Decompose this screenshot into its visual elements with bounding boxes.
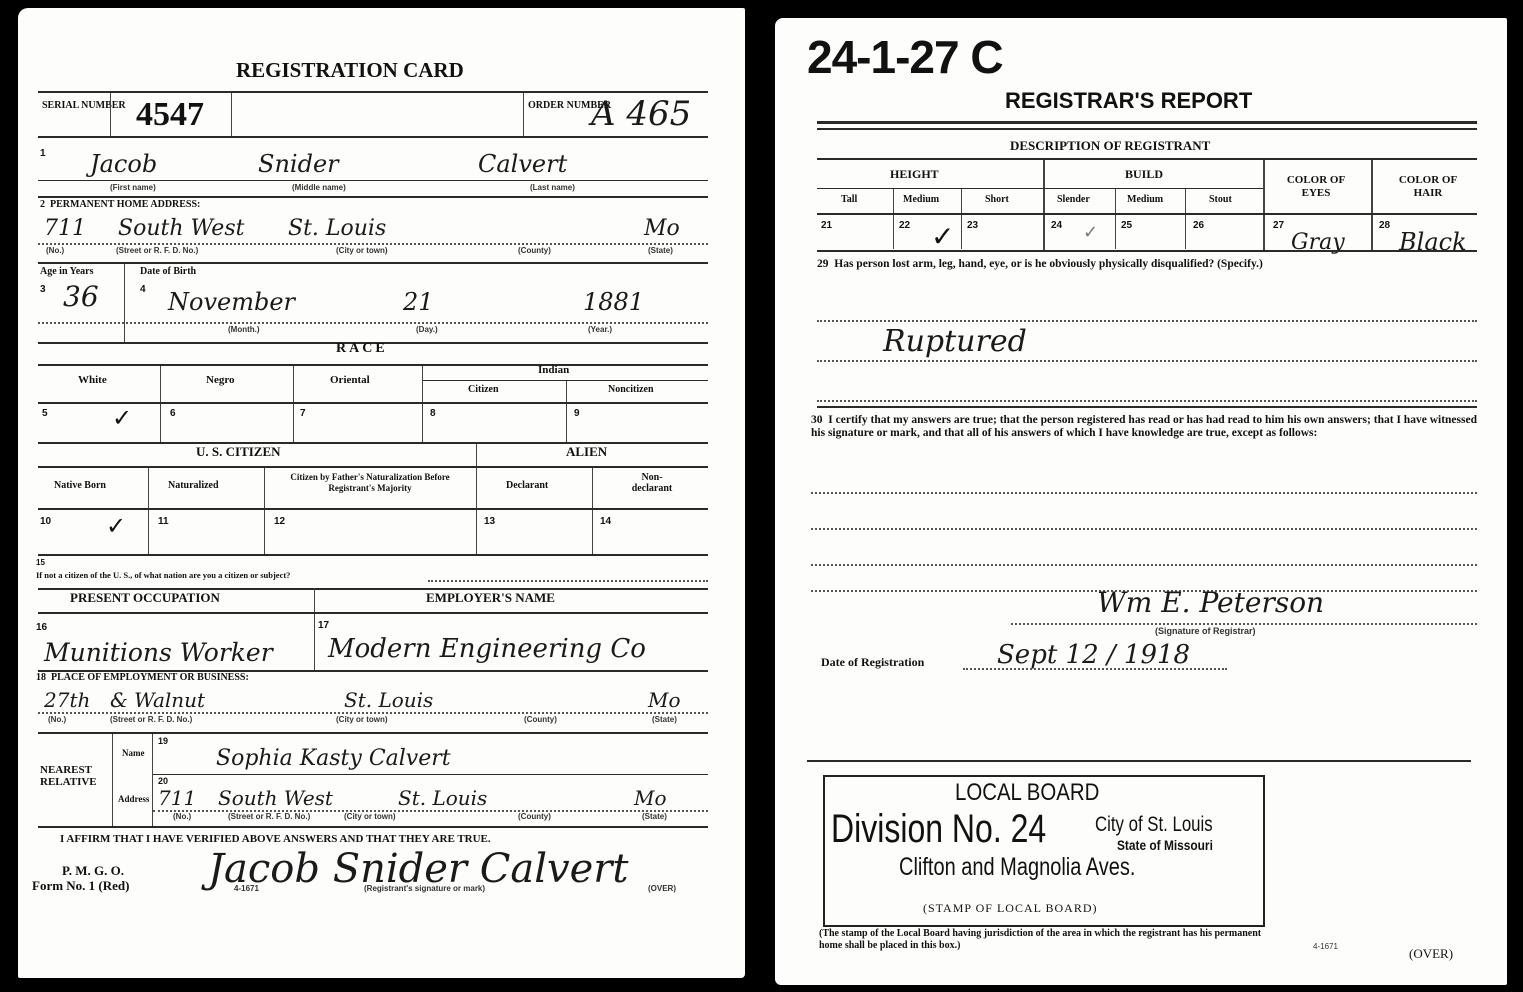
nearest-relative-label: NEAREST RELATIVE	[40, 764, 110, 788]
age-value: 36	[63, 280, 99, 313]
affirmation-text: I AFFIRM THAT I HAVE VERIFIED ABOVE ANSW…	[60, 833, 491, 845]
form-name: Form No. 1 (Red)	[32, 878, 129, 894]
report-title: REGISTRAR'S REPORT	[1005, 88, 1252, 114]
relative-city: St. Louis	[398, 786, 487, 810]
height-medium-check: ✓	[931, 220, 954, 253]
race-white-check: ✓	[112, 404, 132, 432]
serial-number: 4547	[136, 96, 204, 134]
stamp-state: State of Missouri	[1117, 837, 1213, 853]
stamped-number: 24-1-27 C	[807, 30, 1003, 84]
registration-card: REGISTRATION CARD SERIAL NUMBER 4547 ORD…	[18, 8, 745, 978]
order-label: ORDER NUMBER	[528, 100, 583, 111]
birth-month: November	[168, 288, 295, 316]
build-slender-check: ✓	[1083, 222, 1098, 243]
date-of-registration-label: Date of Registration	[821, 655, 924, 670]
registrar-signature: Wm E. Peterson	[1097, 586, 1324, 619]
relative-no: 711	[158, 786, 196, 810]
stamp-address: Clifton and Magnolia Aves.	[899, 853, 1135, 882]
home-no: 711	[44, 216, 86, 241]
disqualification-question: 29 Has person lost arm, leg, hand, eye, …	[817, 258, 1487, 270]
nation-question: If not a citizen of the U. S., of what n…	[36, 570, 290, 580]
over-label: (OVER)	[1409, 946, 1453, 962]
birth-day: 21	[403, 288, 434, 316]
home-street: South West	[118, 216, 244, 241]
work-state: Mo	[648, 688, 681, 712]
work-street: & Walnut	[110, 688, 205, 712]
home-city: St. Louis	[288, 216, 386, 241]
description-heading: DESCRIPTION OF REGISTRANT	[1010, 138, 1210, 154]
date-of-registration-value: Sept 12 / 1918	[997, 640, 1190, 670]
employer-value: Modern Engineering Co	[328, 634, 646, 664]
relative-street: South West	[218, 786, 333, 810]
last-name: Calvert	[478, 150, 567, 178]
stamp-city: City of St. Louis	[1095, 813, 1213, 837]
work-city: St. Louis	[344, 688, 433, 712]
disqualification-answer: Ruptured	[883, 324, 1027, 359]
native-born-check: ✓	[106, 512, 126, 540]
race-heading: RACE	[336, 341, 388, 357]
birth-year: 1881	[583, 288, 644, 316]
card-title: REGISTRATION CARD	[236, 58, 464, 83]
relative-name: Sophia Kasty Calvert	[216, 746, 451, 771]
home-address-label: 2 PERMANENT HOME ADDRESS:	[40, 199, 200, 210]
local-board-stamp-box: LOCAL BOARD Division No. 24 City of St. …	[823, 775, 1265, 927]
stamp-local-board: LOCAL BOARD	[955, 779, 1099, 807]
relative-state: Mo	[634, 786, 667, 810]
registrars-report-card: 24-1-27 C REGISTRAR'S REPORT DESCRIPTION…	[775, 18, 1507, 985]
certification-text: 30 I certify that my answers are true; t…	[811, 414, 1477, 440]
stamp-division: Division No. 24	[831, 807, 1046, 852]
form-id: P. M. G. O.	[62, 863, 124, 879]
work-no: 27th	[44, 688, 90, 712]
home-state: Mo	[644, 216, 680, 241]
serial-label: SERIAL NUMBER	[42, 100, 102, 111]
stamp-note: (The stamp of the Local Board having jur…	[819, 928, 1269, 952]
first-name: Jacob	[90, 150, 157, 178]
order-number: A 465	[591, 94, 691, 134]
employment-place-label: 18 PLACE OF EMPLOYMENT OR BUSINESS:	[36, 672, 249, 683]
middle-name: Snider	[258, 150, 339, 178]
stamp-caption: (STAMP OF LOCAL BOARD)	[923, 901, 1098, 916]
occupation-value: Munitions Worker	[44, 638, 273, 667]
